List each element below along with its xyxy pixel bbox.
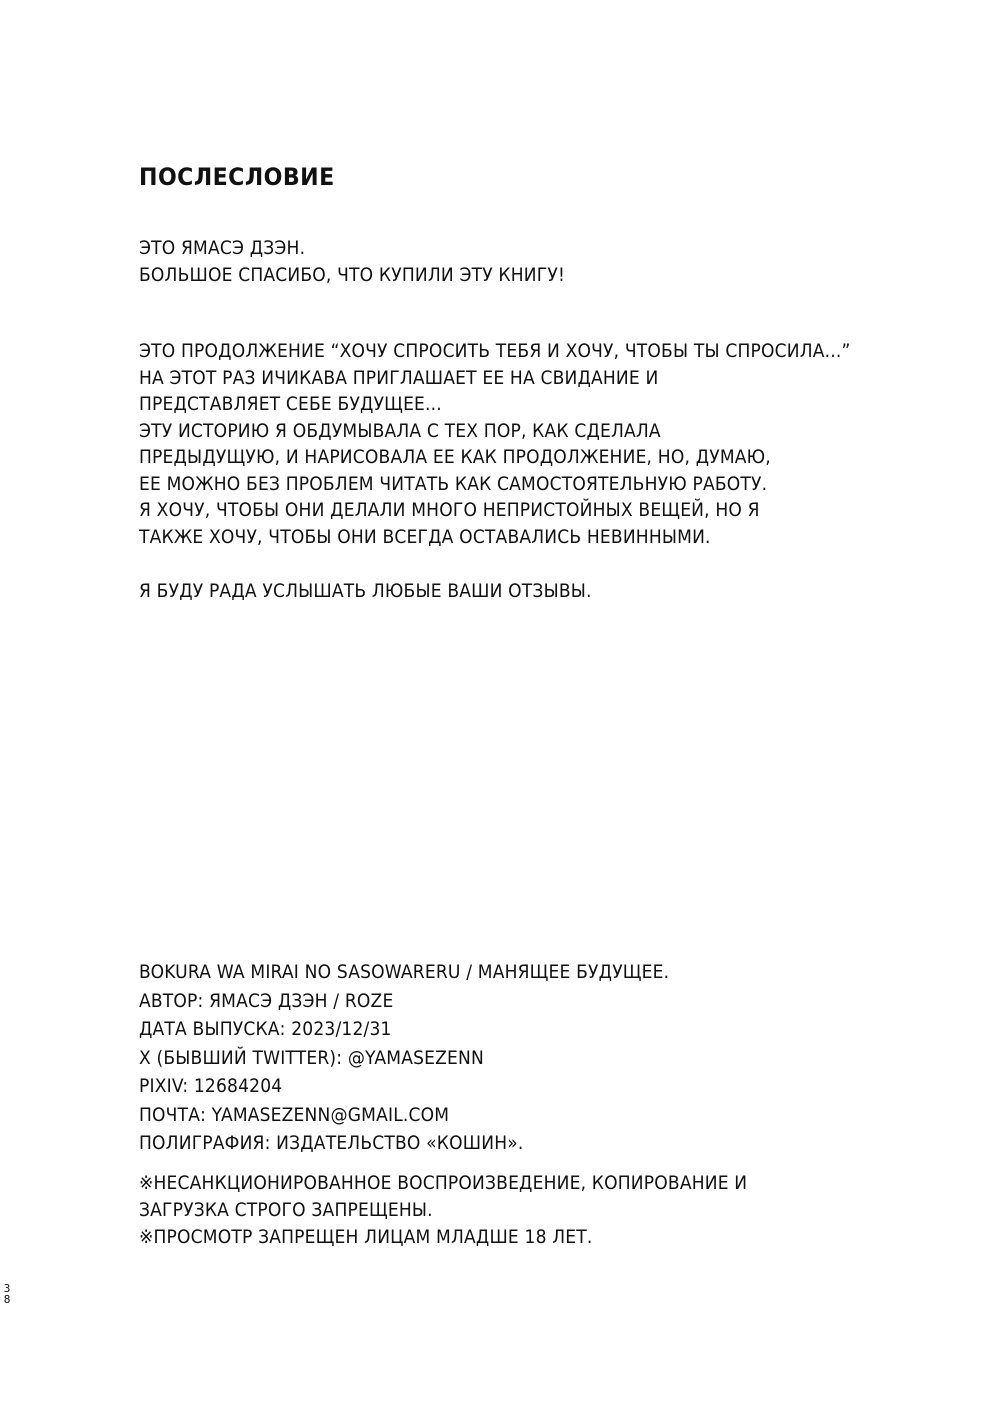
text-line: БОЛЬШОЕ СПАСИБО, ЧТО КУПИЛИ ЭТУ КНИГУ! — [139, 262, 565, 289]
credit-email: ПОЧТА: YAMASEZENN@GMAIL.COM — [139, 1101, 669, 1130]
text-line: Я ХОЧУ, ЧТОБЫ ОНИ ДЕЛАЛИ МНОГО НЕПРИСТОЙ… — [139, 497, 760, 524]
paragraph-story: ЭТО ПРОДОЛЖЕНИЕ “ХОЧУ СПРОСИТЬ ТЕБЯ И ХО… — [139, 338, 930, 497]
text-line: ЭТО ПРОДОЛЖЕНИЕ “ХОЧУ СПРОСИТЬ ТЕБЯ И ХО… — [139, 338, 851, 365]
credit-release-date: ДАТА ВЫПУСКА: 2023/12/31 — [139, 1015, 669, 1044]
colophon-credits: BOKURA WA MIRAI NO SASOWARERU / МАНЯЩЕЕ … — [139, 958, 728, 1158]
text-line: ПРЕДЫДУЩУЮ, И НАРИСОВАЛА ЕЕ КАК ПРОДОЛЖЕ… — [139, 444, 851, 471]
note-line: ※ПРОСМОТР ЗАПРЕЩЕН ЛИЦАМ МЛАДШЕ 18 ЛЕТ. — [139, 1224, 747, 1251]
paragraph-wish: Я ХОЧУ, ЧТОБЫ ОНИ ДЕЛАЛИ МНОГО НЕПРИСТОЙ… — [139, 497, 829, 550]
text-line: ПРЕДСТАВЛЯЕТ СЕБЕ БУДУЩЕЕ... — [139, 391, 851, 418]
text-line: ЕЕ МОЖНО БЕЗ ПРОБЛЕМ ЧИТАТЬ КАК САМОСТОЯ… — [139, 471, 851, 498]
text-line: ТАКЖЕ ХОЧУ, ЧТОБЫ ОНИ ВСЕГДА ОСТАВАЛИСЬ … — [139, 524, 760, 551]
text-line: ЭТУ ИСТОРИЮ Я ОБДУМЫВАЛА С ТЕХ ПОР, КАК … — [139, 418, 851, 445]
note-line: ЗАГРУЗКА СТРОГО ЗАПРЕЩЕНЫ. — [139, 1197, 747, 1224]
page-number: 3 8 — [3, 1283, 11, 1305]
text-line: ЭТО ЯМАСЭ ДЗЭН. — [139, 235, 565, 262]
paragraph-feedback: Я БУДУ РАДА УСЛЫШАТЬ ЛЮБЫЕ ВАШИ ОТЗЫВЫ. — [139, 578, 642, 605]
text-line: НА ЭТОТ РАЗ ИЧИКАВА ПРИГЛАШАЕТ ЕЕ НА СВИ… — [139, 365, 851, 392]
text-line: Я БУДУ РАДА УСЛЫШАТЬ ЛЮБЫЕ ВАШИ ОТЗЫВЫ. — [139, 578, 592, 605]
afterword-page: ПОСЛЕСЛОВИЕ ЭТО ЯМАСЭ ДЗЭН. БОЛЬШОЕ СПАС… — [0, 0, 1000, 1413]
credit-title: BOKURA WA MIRAI NO SASOWARERU / МАНЯЩЕЕ … — [139, 958, 669, 987]
page-title: ПОСЛЕСЛОВИЕ — [139, 163, 335, 191]
legal-notes: ※НЕСАНКЦИОНИРОВАННОЕ ВОСПРОИЗВЕДЕНИЕ, КО… — [139, 1170, 815, 1251]
credit-twitter: X (БЫВШИЙ TWITTER): @YAMASEZENN — [139, 1044, 669, 1073]
credit-printing: ПОЛИГРАФИЯ: ИЗДАТЕЛЬСТВО «КОШИН». — [139, 1129, 669, 1158]
note-line: ※НЕСАНКЦИОНИРОВАННОЕ ВОСПРОИЗВЕДЕНИЕ, КО… — [139, 1170, 747, 1197]
credit-pixiv: PIXIV: 12684204 — [139, 1072, 669, 1101]
paragraph-greeting: ЭТО ЯМАСЭ ДЗЭН. БОЛЬШОЕ СПАСИБО, ЧТО КУП… — [139, 235, 612, 288]
credit-author: АВТОР: ЯМАСЭ ДЗЭН / ROZE — [139, 987, 669, 1016]
page-number-digit: 8 — [3, 1294, 11, 1305]
